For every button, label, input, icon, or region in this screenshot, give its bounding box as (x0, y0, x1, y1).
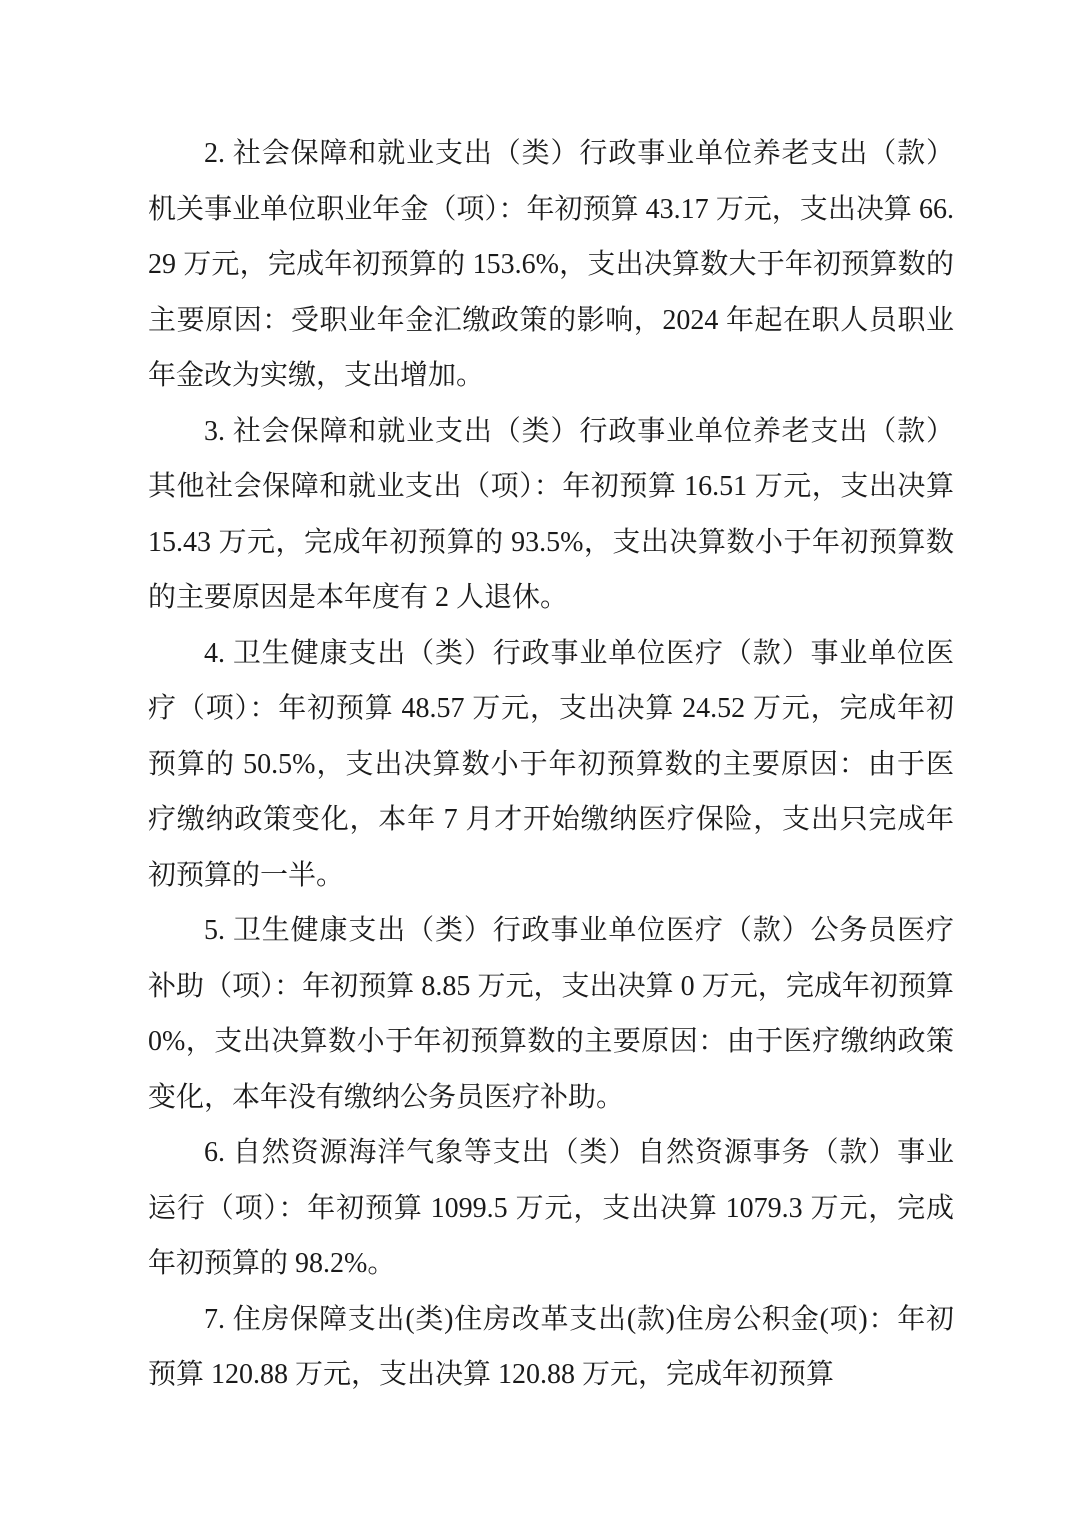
budget-item-paragraph-3: 3. 社会保障和就业支出（类）行政事业单位养老支出（款）其他社会保障和就业支出（… (148, 404, 954, 626)
budget-item-paragraph-7: 7. 住房保障支出(类)住房改革支出(款)住房公积金(项)：年初预算 120.8… (148, 1292, 954, 1403)
budget-item-paragraph-2: 2. 社会保障和就业支出（类）行政事业单位养老支出（款）机关事业单位职业年金（项… (148, 126, 954, 404)
document-body: 2. 社会保障和就业支出（类）行政事业单位养老支出（款）机关事业单位职业年金（项… (148, 126, 954, 1403)
budget-item-paragraph-5: 5. 卫生健康支出（类）行政事业单位医疗（款）公务员医疗补助（项）：年初预算 8… (148, 903, 954, 1125)
document-page: 2. 社会保障和就业支出（类）行政事业单位养老支出（款）机关事业单位职业年金（项… (0, 0, 1075, 1520)
budget-item-paragraph-4: 4. 卫生健康支出（类）行政事业单位医疗（款）事业单位医疗（项）：年初预算 48… (148, 626, 954, 904)
budget-item-paragraph-6: 6. 自然资源海洋气象等支出（类）自然资源事务（款）事业运行（项）：年初预算 1… (148, 1125, 954, 1292)
